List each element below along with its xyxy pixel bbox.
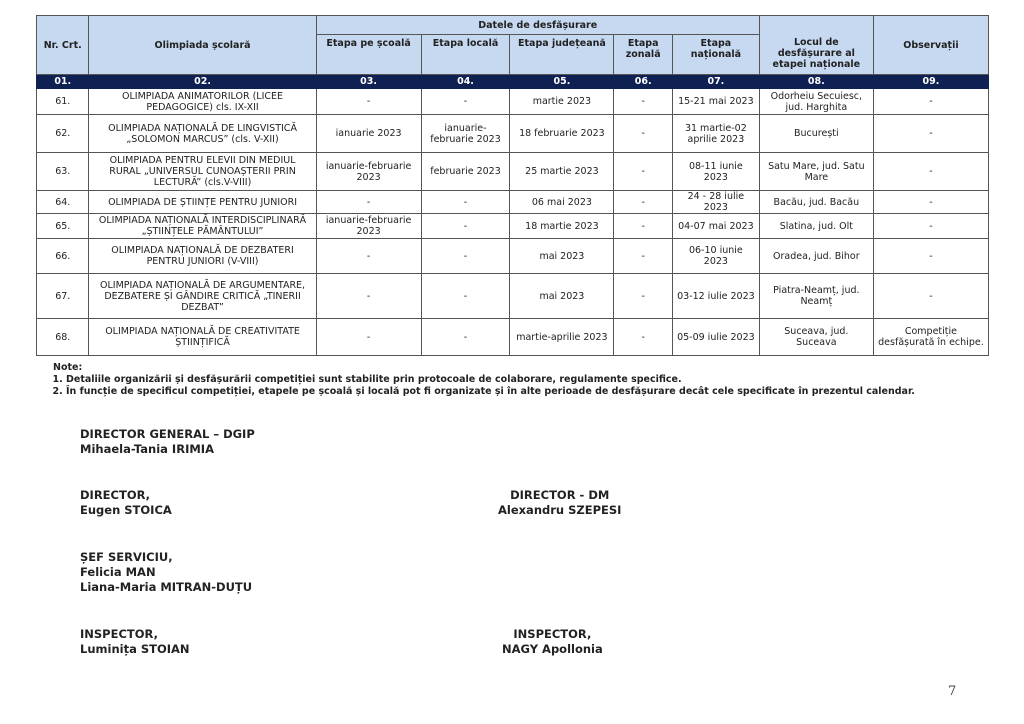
cell-obs: Competiție desfășurată în echipe. [873,319,988,356]
cell-nationala: 15-21 mai 2023 [672,89,759,115]
cell-scoala: ianuarie-februarie 2023 [316,153,421,191]
header-etapa-nationala: Etapa națională [672,35,759,75]
cell-locala: - [421,89,510,115]
cell-obs: - [873,214,988,239]
cell-judeteana: mai 2023 [510,239,614,274]
cell-nr: 66. [37,239,89,274]
signature-title: DIRECTOR - DM [498,488,621,503]
cell-obs: - [873,239,988,274]
cell-obs: - [873,153,988,191]
cell-judeteana: 18 martie 2023 [510,214,614,239]
cell-nr: 62. [37,115,89,153]
signature-director-general: DIRECTOR GENERAL – DGIP Mihaela-Tania IR… [80,427,255,457]
cell-locala: - [421,274,510,319]
cell-nationala: 03-12 iulie 2023 [672,274,759,319]
signature-title: DIRECTOR GENERAL – DGIP [80,427,255,442]
header-olimpiada: Olimpiada școlară [89,16,316,75]
cell-name: OLIMPIADA NAȚIONALĂ DE LINGVISTICĂ „SOLO… [89,115,316,153]
col-num: 09. [873,75,988,89]
note-item: Detaliile organizării și desfășurării co… [66,374,915,386]
signature-director: DIRECTOR, Eugen STOICA [80,488,172,518]
cell-scoala: - [316,319,421,356]
signature-title: INSPECTOR, [80,627,190,642]
cell-zonala: - [614,115,673,153]
cell-locala: - [421,239,510,274]
cell-zonala: - [614,153,673,191]
signature-name: NAGY Apollonia [502,642,603,657]
cell-judeteana: martie-aprilie 2023 [510,319,614,356]
table-row: 64.OLIMPIADA DE ȘTIINȚE PENTRU JUNIORI--… [37,191,989,214]
table-row: 68.OLIMPIADA NAȚIONALĂ DE CREATIVITATE Ș… [37,319,989,356]
cell-obs: - [873,89,988,115]
cell-nr: 68. [37,319,89,356]
cell-obs: - [873,191,988,214]
cell-judeteana: 25 martie 2023 [510,153,614,191]
cell-zonala: - [614,319,673,356]
cell-nationala: 06-10 iunie 2023 [672,239,759,274]
signature-title: DIRECTOR, [80,488,172,503]
column-number-row: 01. 02. 03. 04. 05. 06. 07. 08. 09. [37,75,989,89]
cell-locul: București [759,115,873,153]
cell-name: OLIMPIADA PENTRU ELEVII DIN MEDIUL RURAL… [89,153,316,191]
cell-nationala: 05-09 iulie 2023 [672,319,759,356]
col-num: 01. [37,75,89,89]
notes-title: Note: [53,362,915,374]
cell-nr: 64. [37,191,89,214]
cell-nationala: 08-11 iunie 2023 [672,153,759,191]
col-num: 04. [421,75,510,89]
cell-judeteana: 06 mai 2023 [510,191,614,214]
col-num: 08. [759,75,873,89]
cell-name: OLIMPIADA NAȚIONALĂ INTERDISCIPLINARĂ „Ș… [89,214,316,239]
note-item: În funcție de specificul competiției, et… [66,386,915,398]
table-row: 65.OLIMPIADA NAȚIONALĂ INTERDISCIPLINARĂ… [37,214,989,239]
cell-scoala: - [316,274,421,319]
cell-scoala: ianuarie 2023 [316,115,421,153]
cell-zonala: - [614,191,673,214]
header-datele: Datele de desfășurare [316,16,759,35]
signature-inspector-right: INSPECTOR, NAGY Apollonia [502,627,603,657]
cell-nr: 63. [37,153,89,191]
header-etapa-judeteana: Etapa județeană [510,35,614,75]
cell-locul: Oradea, jud. Bihor [759,239,873,274]
signature-name: Luminița STOIAN [80,642,190,657]
signature-name: Alexandru SZEPESI [498,503,621,518]
cell-zonala: - [614,274,673,319]
cell-nationala: 04-07 mai 2023 [672,214,759,239]
cell-name: OLIMPIADA ANIMATORILOR (LICEE PEDAGOGICE… [89,89,316,115]
col-num: 07. [672,75,759,89]
cell-nr: 61. [37,89,89,115]
cell-zonala: - [614,239,673,274]
header-observatii: Observații [873,16,988,75]
cell-scoala: - [316,191,421,214]
cell-zonala: - [614,89,673,115]
cell-nr: 65. [37,214,89,239]
cell-locala: - [421,319,510,356]
table-row: 67.OLIMPIADA NAȚIONALĂ DE ARGUMENTARE, D… [37,274,989,319]
cell-scoala: - [316,89,421,115]
table-row: 62.OLIMPIADA NAȚIONALĂ DE LINGVISTICĂ „S… [37,115,989,153]
cell-nr: 67. [37,274,89,319]
signature-inspector-left: INSPECTOR, Luminița STOIAN [80,627,190,657]
header-etapa-zonala: Etapa zonală [614,35,673,75]
col-num: 06. [614,75,673,89]
col-num: 02. [89,75,316,89]
header-etapa-locala: Etapa locală [421,35,510,75]
signature-name: Felicia MAN [80,565,252,580]
cell-nationala: 24 - 28 iulie 2023 [672,191,759,214]
cell-locala: - [421,214,510,239]
cell-locul: Odorheiu Secuiesc, jud. Harghita [759,89,873,115]
signature-title: ȘEF SERVICIU, [80,550,252,565]
cell-scoala: - [316,239,421,274]
header-nr: Nr. Crt. [37,16,89,75]
cell-locul: Bacău, jud. Bacău [759,191,873,214]
signature-name: Mihaela-Tania IRIMIA [80,442,255,457]
cell-name: OLIMPIADA NAȚIONALĂ DE DEZBATERI PENTRU … [89,239,316,274]
table-row: 61.OLIMPIADA ANIMATORILOR (LICEE PEDAGOG… [37,89,989,115]
signature-name: Liana-Maria MITRAN-DUȚU [80,580,252,595]
cell-locala: februarie 2023 [421,153,510,191]
table-row: 66.OLIMPIADA NAȚIONALĂ DE DEZBATERI PENT… [37,239,989,274]
signature-sef-serviciu: ȘEF SERVICIU, Felicia MAN Liana-Maria MI… [80,550,252,595]
cell-locul: Satu Mare, jud. Satu Mare [759,153,873,191]
signature-director-dm: DIRECTOR - DM Alexandru SZEPESI [498,488,621,518]
col-num: 03. [316,75,421,89]
cell-obs: - [873,115,988,153]
table-row: 63.OLIMPIADA PENTRU ELEVII DIN MEDIUL RU… [37,153,989,191]
cell-locala: - [421,191,510,214]
cell-scoala: ianuarie-februarie 2023 [316,214,421,239]
signature-name: Eugen STOICA [80,503,172,518]
cell-judeteana: 18 februarie 2023 [510,115,614,153]
notes-section: Note: Detaliile organizării și desfășură… [53,362,915,398]
olympiad-calendar-table: Nr. Crt. Olimpiada școlară Datele de des… [36,15,989,356]
cell-locul: Suceava, jud. Suceava [759,319,873,356]
cell-name: OLIMPIADA NAȚIONALĂ DE CREATIVITATE ȘTII… [89,319,316,356]
cell-locul: Slatina, jud. Olt [759,214,873,239]
signature-title: INSPECTOR, [502,627,603,642]
col-num: 05. [510,75,614,89]
page-number: 7 [948,684,956,699]
cell-name: OLIMPIADA DE ȘTIINȚE PENTRU JUNIORI [89,191,316,214]
cell-obs: - [873,274,988,319]
cell-locul: Piatra-Neamț, jud. Neamț [759,274,873,319]
header-locul: Locul de desfășurare al etapei naționale [759,16,873,75]
header-etapa-scoala: Etapa pe școală [316,35,421,75]
cell-nationala: 31 martie-02 aprilie 2023 [672,115,759,153]
cell-zonala: - [614,214,673,239]
cell-judeteana: mai 2023 [510,274,614,319]
cell-name: OLIMPIADA NAȚIONALĂ DE ARGUMENTARE, DEZB… [89,274,316,319]
cell-locala: ianuarie-februarie 2023 [421,115,510,153]
cell-judeteana: martie 2023 [510,89,614,115]
